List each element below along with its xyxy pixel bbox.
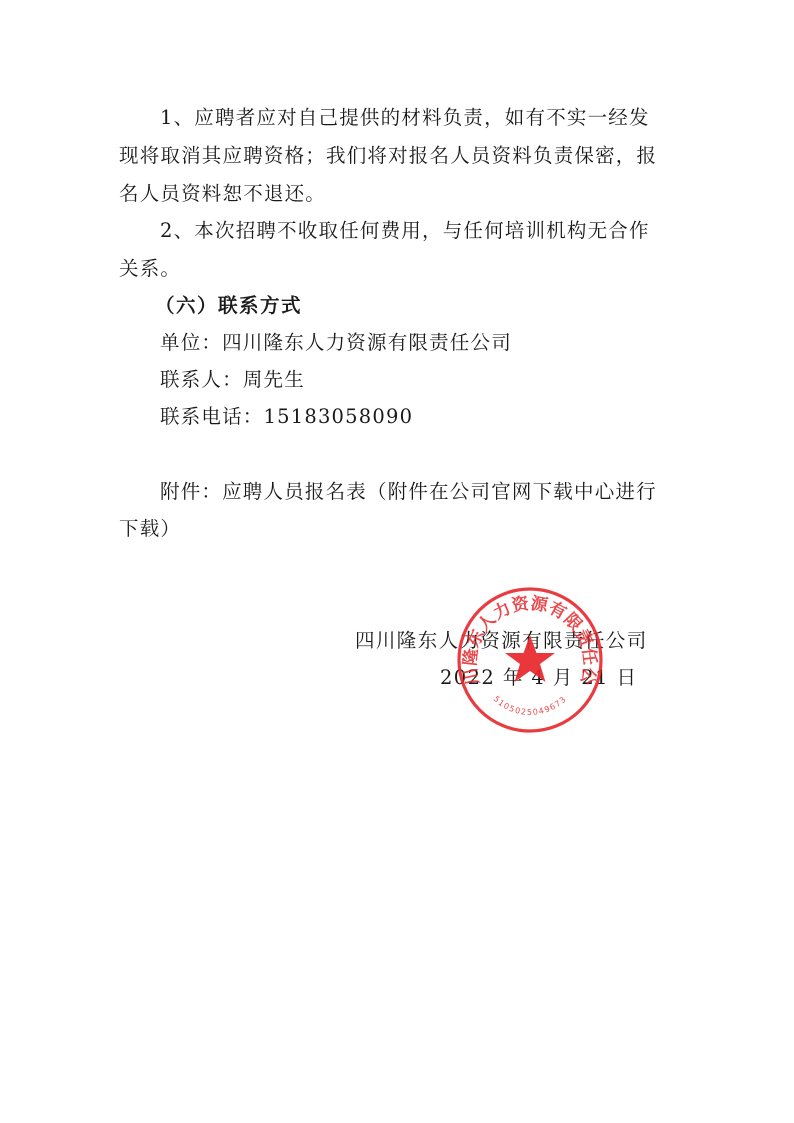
contact-person-row: 联系人：周先生 [160,368,305,392]
signature-date: 2022 年 4 月 21 日 [440,666,637,690]
signature-company: 四川隆东人力资源有限责任公司 [355,629,648,653]
note-1-line-3: 名人员资料恕不退还。 [119,182,326,206]
contact-section-heading: （六）联系方式 [155,294,302,318]
contact-phone-row: 联系电话：15183058090 [160,405,413,429]
company-seal: 四川隆东人力资源有限责任公司 5105025049673 [455,585,605,735]
attachment-line-1: 附件：应聘人员报名表（附件在公司官网下载中心进行 [160,480,657,504]
note-1-line-1: 1、应聘者应对自己提供的材料负责，如有不实一经发 [160,106,650,130]
contact-unit-label: 单位： [160,331,222,354]
note-1-line-2: 现将取消其应聘资格；我们将对报名人员资料负责保密，报 [119,144,657,168]
contact-phone-value: 15183058090 [264,405,414,428]
contact-person-label: 联系人： [160,368,243,391]
contact-unit-row: 单位：四川隆东人力资源有限责任公司 [160,331,512,355]
contact-person-value: 周先生 [243,368,305,391]
document-page: 1、应聘者应对自己提供的材料负责，如有不实一经发 现将取消其应聘资格；我们将对报… [0,0,794,1123]
seal-code: 5105025049673 [492,694,569,717]
contact-unit-value: 四川隆东人力资源有限责任公司 [222,331,512,354]
attachment-line-2: 下载） [119,517,181,541]
note-2-line-2: 关系。 [119,257,181,281]
note-2-line-1: 2、本次招聘不收取任何费用，与任何培训机构无合作 [160,219,650,243]
contact-phone-label: 联系电话： [160,405,264,428]
